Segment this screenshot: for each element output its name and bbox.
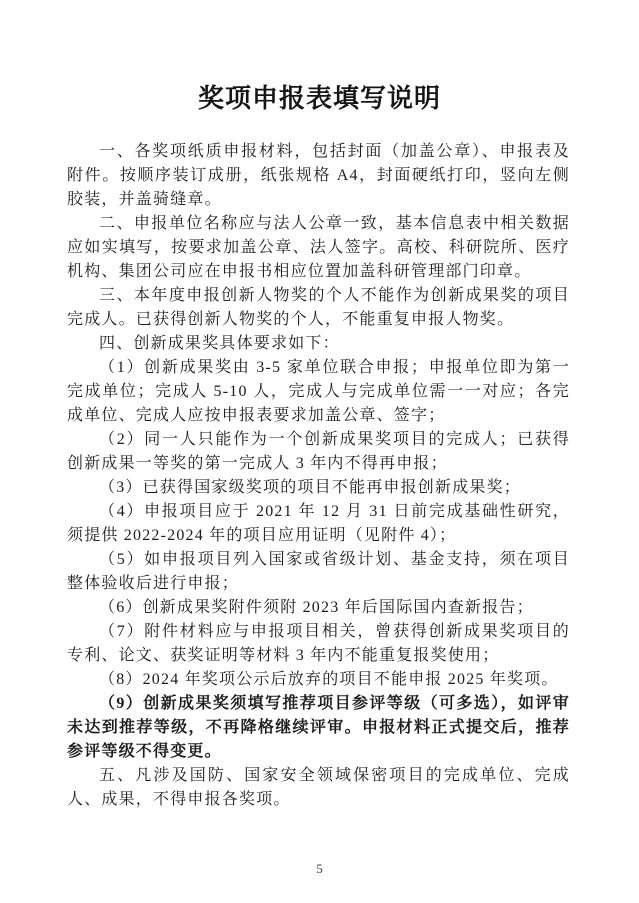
document-body: 一、各奖项纸质申报材料，包括封面（加盖公章）、申报表及附件。按顺序装订成册，纸张… bbox=[67, 140, 570, 812]
paragraph-4: 四、创新成果奖具体要求如下： bbox=[67, 332, 570, 356]
paragraph-1: 一、各奖项纸质申报材料，包括封面（加盖公章）、申报表及附件。按顺序装订成册，纸张… bbox=[67, 140, 570, 212]
paragraph-9: （5）如申报项目列入国家或省级计划、基金支持，须在项目整体验收后进行申报； bbox=[67, 548, 570, 596]
paragraph-6: （2）同一人只能作为一个创新成果奖项目的完成人；已获得创新成果一等奖的第一完成人… bbox=[67, 428, 570, 476]
page-title: 奖项申报表填写说明 bbox=[0, 0, 639, 114]
paragraph-2: 二、申报单位名称应与法人公章一致，基本信息表中相关数据应如实填写，按要求加盖公章… bbox=[67, 212, 570, 284]
paragraph-3: 三、本年度申报创新人物奖的个人不能作为创新成果奖的项目完成人。已获得创新人物奖的… bbox=[67, 284, 570, 332]
paragraph-12: （8）2024 年奖项公示后放弃的项目不能申报 2025 年奖项。 bbox=[67, 668, 570, 692]
paragraph-5: （1）创新成果奖由 3-5 家单位联合申报；申报单位即为第一完成单位；完成人 5… bbox=[67, 356, 570, 428]
paragraph-13-bold: （9）创新成果奖须填写推荐项目参评等级（可多选），如评审未达到推荐等级，不再降格… bbox=[67, 692, 570, 764]
page-number: 5 bbox=[0, 861, 639, 877]
paragraph-10: （6）创新成果奖附件须附 2023 年后国际国内查新报告； bbox=[67, 596, 570, 620]
paragraph-14: 五、凡涉及国防、国家安全领域保密项目的完成单位、完成人、成果，不得申报各奖项。 bbox=[67, 764, 570, 812]
paragraph-11: （7）附件材料应与申报项目相关，曾获得创新成果奖项目的专利、论文、获奖证明等材料… bbox=[67, 620, 570, 668]
paragraph-7: （3）已获得国家级奖项的项目不能再申报创新成果奖； bbox=[67, 476, 570, 500]
paragraph-8: （4）申报项目应于 2021 年 12 月 31 日前完成基础性研究，须提供 2… bbox=[67, 500, 570, 548]
document-page: 奖项申报表填写说明 一、各奖项纸质申报材料，包括封面（加盖公章）、申报表及附件。… bbox=[0, 0, 639, 903]
